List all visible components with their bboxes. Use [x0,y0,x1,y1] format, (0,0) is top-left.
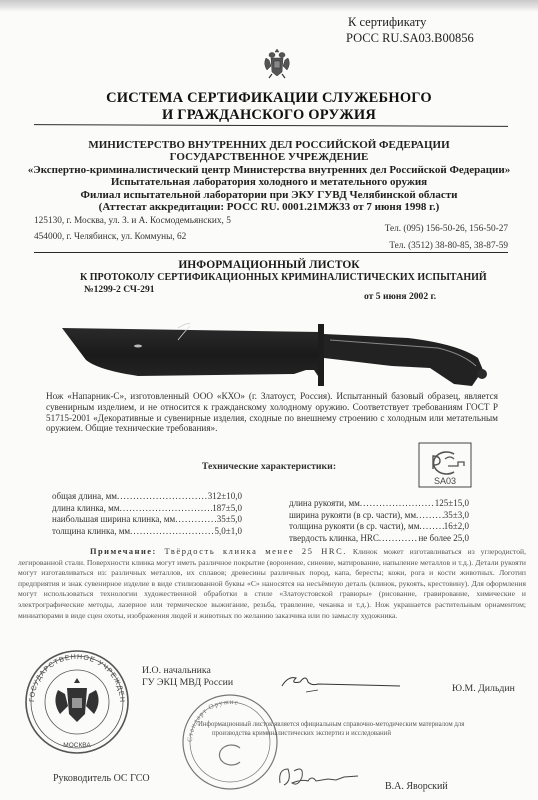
spec-row: ширина рукояти (в ср. части), мм 35±3,0 [289,510,469,522]
spec-value: 5,0±1,0 [215,526,242,538]
laboratory-name: Испытательная лаборатория холодного и ме… [0,176,538,188]
ministry-name: МИНИСТЕРСТВО ВНУТРЕННИХ ДЕЛ РОССИЙСКОЙ Ф… [0,139,538,151]
knife-photo [58,310,498,390]
info-sheet-title: ИНФОРМАЦИОННЫЙ ЛИСТОК [0,259,538,271]
signer-1-title: И.О. начальника ГУ ЭКЦ МВД России [142,665,233,689]
info-note: Информационный листок является официальн… [198,720,498,738]
spec-label: наибольшая ширина клинка, мм [52,514,175,526]
spec-row: толщина клинка, мм 5,0±1,0 [52,526,242,538]
signer-1-position: И.О. начальника [142,665,233,677]
official-seal-icon: ГОСУДАРСТВЕННОЕ УЧРЕЖДЕНИЕ МОСКВА [18,648,136,756]
note-paragraph: Примечание: Твёрдость клинка менее 25 HR… [18,547,526,621]
spec-value: 16±2,0 [444,521,469,533]
branch-name: Филиал испытательной лаборатории при ЭКУ… [0,189,538,201]
signer-1-org: ГУ ЭКЦ МВД России [142,677,233,689]
scan-top-edge [0,0,538,12]
signer-2-title: Руководитель ОС ГСО [53,773,150,784]
spec-row: толщина рукояти (в ср. части), мм 16±2,0 [289,521,469,533]
spec-value: 312±10,0 [208,491,242,503]
ministry-header: МИНИСТЕРСТВО ВНУТРЕННИХ ДЕЛ РОССИЙСКОЙ Ф… [0,139,538,213]
spec-value: 125±15,0 [435,498,469,510]
certificate-number: РОСС RU.SA03.B00856 [346,30,474,46]
institution-name: «Экспертно-криминалистический центр Мини… [0,164,538,176]
spec-label: ширина рукояти (в ср. части), мм [289,510,416,522]
note-text: Клинок может изготавливаться из углероди… [18,547,526,620]
svg-text:SA03: SA03 [434,476,456,486]
spec-value: 35±5,0 [217,514,242,526]
address-moscow: 125130, г. Москва, ул. З. и А. Космодемь… [34,216,231,226]
specs-right: длина рукояти, мм125±15,0 ширина рукояти… [289,498,469,544]
coat-of-arms-icon [261,46,293,80]
spec-label: длина рукояти, мм [289,498,360,510]
protocol-date: от 5 июня 2002 г. [364,291,436,302]
certificate-reference: К сертификату РОСС RU.SA03.B00856 [346,14,474,46]
certification-seal-icon: Стандарт Оружие [178,692,282,792]
address-chelyabinsk: 454000, г. Челябинск, ул. Коммуны, 62 [34,232,186,242]
signature-2 [272,761,360,791]
spec-row: общая длина, мм312±10,0 [52,491,242,503]
institution-type: ГОСУДАРСТВЕННОЕ УЧРЕЖДЕНИЕ [0,151,538,163]
note-lead: Твёрдость клинка менее 25 HRC. [157,547,347,556]
spec-label: толщина рукояти (в ср. части), мм [289,521,419,533]
spec-row: твердость клинка, HRC не более 25,0 [289,533,469,545]
info-note-line1: Информационный листок является официальн… [198,720,498,729]
spec-row: длина клинка, мм 187±5,0 [52,503,242,515]
address-row: 125130, г. Москва, ул. З. и А. Космодемь… [34,216,508,226]
note-heading: Примечание: [90,547,157,556]
spec-row: длина рукояти, мм125±15,0 [289,498,469,510]
spec-value: 35±3,0 [444,510,469,522]
product-description: Нож «Напарник-С», изготовленный ООО «КХО… [46,391,498,434]
spec-label: твердость клинка, HRC [289,533,379,545]
signer-1-name: Ю.М. Дильдин [452,683,515,694]
system-title-line1: СИСТЕМА СЕРТИФИКАЦИИ СЛУЖЕБНОГО [0,90,538,107]
spec-label: длина клинка, мм [52,503,120,515]
specs-left: общая длина, мм312±10,0 длина клинка, мм… [52,491,242,537]
protocol-number: №1299-2 СЧ-291 [84,284,155,295]
divider [34,252,508,253]
signature-1 [278,672,403,696]
protocol-subtitle: К ПРОТОКОЛУ СЕРТИФИКАЦИОННЫХ КРИМИНАЛИСТ… [80,272,487,283]
phone-chelyabinsk: Тел. (3512) 38-80-85, 38-87-59 [389,241,508,251]
signer-2-name: В.А. Яворский [385,781,448,792]
accreditation: (Аттестат аккредитации: РОСС RU. 0001.21… [0,201,538,213]
spec-value: 187±5,0 [212,503,242,515]
svg-text:МОСКВА: МОСКВА [63,742,91,749]
divider [34,124,508,127]
certification-mark-icon: SA03 [418,442,472,488]
spec-row: наибольшая ширина клинка, мм35±5,0 [52,514,242,526]
spec-label: толщина клинка, мм [52,526,130,538]
spec-label: общая длина, мм [52,491,117,503]
info-note-line2: производства криминалистических эксперти… [198,729,498,738]
spec-value: не более 25,0 [418,533,469,545]
certificate-ref-label: К сертификату [348,14,474,30]
address-row: 454000, г. Челябинск, ул. Коммуны, 62 Те… [34,232,508,242]
system-title: СИСТЕМА СЕРТИФИКАЦИИ СЛУЖЕБНОГО И ГРАЖДА… [0,90,538,124]
system-title-line2: И ГРАЖДАНСКОГО ОРУЖИЯ [0,107,538,124]
